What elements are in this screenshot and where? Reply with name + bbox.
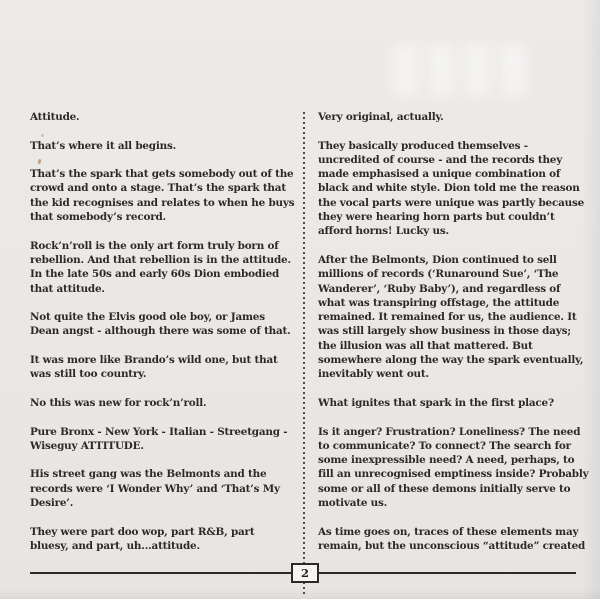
paragraph: No this was new for rock’n’roll. [30, 396, 300, 410]
page-edge-shadow [0, 589, 600, 599]
paragraph: Not quite the Elvis good ole boy, or Jam… [30, 310, 300, 339]
paragraph: Rock’n’roll is the only art form truly b… [30, 239, 300, 296]
paragraph: What ignites that spark in the first pla… [318, 396, 592, 410]
paragraph: They basically produced themselves - unc… [318, 139, 592, 239]
paragraph: Pure Bronx - New York - Italian - Street… [30, 425, 300, 454]
paragraph: That’s where it all begins. [30, 139, 300, 153]
paragraph: As time goes on, traces of these element… [318, 525, 592, 554]
right-column: Very original, actually. They basically … [318, 110, 592, 568]
paragraph: That’s the spark that gets somebody out … [30, 167, 300, 224]
paragraph: It was more like Brando’s wild one, but … [30, 353, 300, 382]
booklet-page: Attitude. That’s where it all begins. Th… [0, 0, 600, 599]
column-divider-dotted [303, 112, 305, 595]
paragraph: They were part doo wop, part R&B, part b… [30, 525, 300, 554]
paragraph: Very original, actually. [318, 110, 592, 124]
paragraph: Attitude. [30, 110, 300, 124]
left-column: Attitude. That’s where it all begins. Th… [30, 110, 300, 568]
paragraph: Is it anger? Frustration? Loneliness? Th… [318, 425, 592, 511]
paragraph: His street gang was the Belmonts and the… [30, 467, 300, 510]
paragraph: After the Belmonts, Dion continued to se… [318, 253, 592, 382]
paper-speck [41, 134, 44, 137]
page-number: 2 [301, 566, 309, 580]
embossed-watermark [393, 44, 535, 96]
page-edge-shadow [582, 0, 600, 599]
page-number-badge: 2 [291, 563, 319, 583]
